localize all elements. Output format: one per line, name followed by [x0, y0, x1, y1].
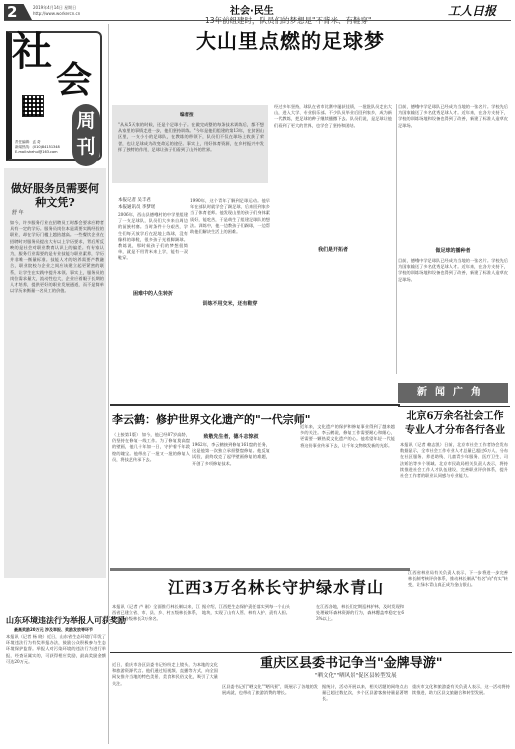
- main-story-col1: 2006年，西山县德峨村的中学里组建了一支足球队，队员们大多来自周边的苗族村寨。…: [118, 212, 188, 392]
- main-story-kicker: 13年前组建时，队员们的梦想是"不背米、有鞋穿": [205, 16, 371, 25]
- email: E-mail:shehui@163.com: [15, 150, 75, 155]
- page-number: 2: [4, 4, 32, 20]
- shandong-body: 本报讯（记者 杨 晓）近日，山东省生态环境厅印发了环境违法行为有奖举报办法，鼓励…: [6, 634, 106, 746]
- beijing-article-body: 本报讯（记者 赖志凯）日前，北京市社会工作者协会发布数据显示，全市社会工作专业人…: [400, 442, 508, 567]
- li-yunhe-dateline: （上接第1版）: [112, 432, 140, 437]
- byline-correspondent: 本报通讯员 李梦瑶: [118, 204, 155, 211]
- left-article-title: 做好服务员需要何种文凭?: [8, 182, 102, 210]
- byline-reporter: 本报记者 吴丰君: [118, 197, 155, 204]
- jiangxi-col3: 在江西各地，林长们定期巡林护林，及时发现和处理破坏森林资源的行为，森林覆盖率稳定…: [316, 604, 404, 652]
- main-story-col3: 经过多年坚持，球队在省市比赛中屡获佳绩，一批批队员走出大山，进入大学、专业俱乐部…: [274, 104, 392, 404]
- main-story-subhead-3: 我们是开拓者: [274, 246, 392, 254]
- news-corner-divider: [398, 406, 510, 407]
- li-yunhe-col3: 近年来，文化遗产的保护和修复事业得到了越来越多的关注。李云鹤说，修复工作需要耐心…: [300, 424, 395, 564]
- main-story-col4: 目前，德峨中学足球队已经成为当地的一张名片。学校先后为国家输送了多名优秀足球人才…: [398, 104, 508, 244]
- li-yunhe-title: 李云鹤：修护世界文化遗产的"一代宗师": [112, 413, 310, 427]
- jiangxi-col4: 江西省林业局有关负责人表示，下一步将进一步完善林长制考核评价体系，推动林长制从"…: [408, 570, 508, 652]
- section-divider: [110, 404, 400, 406]
- shandong-subtitle: 最高奖励20万元 涉及举报、奖励发放等环节: [14, 627, 93, 633]
- newspaper-logo: 工人日报: [448, 4, 496, 18]
- issue-date: 2019年4月14日 星期日: [33, 5, 76, 10]
- main-story-col4-continued: 目前，德峨中学足球队已经成为当地的一张名片。学校先后为国家输送了多名优秀足球人才…: [398, 258, 508, 378]
- main-story-byline: 本报记者 吴丰君 本报通讯员 李梦瑶: [118, 197, 155, 211]
- main-story-subhead-4: 做足球的播种者: [398, 247, 508, 255]
- qr-code-icon[interactable]: [22, 95, 44, 117]
- chongqing-title: 重庆区县委书记争当"金牌导游": [260, 655, 443, 672]
- jiangxi-col1: 本报讯（记者 卢 刚）全面推行林长制以来，江西省已建立省、市、县、乡、村五级林长…: [112, 604, 200, 652]
- column-divider: [108, 24, 109, 744]
- jiangxi-col2: 据介绍，江西把生态保护责任落实到每一个山头地块，实现了山有人管、林有人护、责有人…: [202, 604, 290, 652]
- left-article-author: 舒 年: [12, 210, 24, 216]
- chongqing-subtitle: "晒文化""晒风景"促区县转型发展: [315, 673, 397, 680]
- left-article-body: 如今，许多服务行业在招聘员工时都会要求应聘者具有一定的学历。服务员岗位本是需要实…: [10, 220, 104, 572]
- li-yunhe-subhead: 致敬先生者，德斗志惊叔: [192, 433, 270, 441]
- website-link[interactable]: http://www.workercn.cn: [33, 11, 80, 16]
- li-yunhe-col2: 1962年，李云鹤接到修复161窟的任务，这是他第一次独立承担整窟修复。他反复试…: [192, 442, 270, 560]
- masthead-credits: 责任编辑：孟 奇 新闻热线：(010)84151348 E-mail:shehu…: [15, 140, 75, 155]
- jiangxi-title: 江西3万名林长守护绿水青山: [168, 578, 384, 598]
- chongqing-divider: [110, 652, 512, 653]
- li-yunhe-col1: （上接第1版） 如今，他已经87岁高龄，仍坚持在修复一线工作。为了修复莫高窟的壁…: [112, 432, 190, 560]
- masthead-char-hui: 会: [56, 60, 92, 100]
- chongqing-col4: 重庆市文化和旅游委有关负责人表示，这一活动将持续推进，助力区县文旅融合和转型发展…: [412, 684, 510, 746]
- main-story-headline: 大山里点燃的足球梦: [196, 28, 385, 54]
- editor-note-body: "从从5天家的时候，还是个足球小子。在做完成整的每条技术训练后，都不想从家里的事…: [118, 122, 264, 180]
- beijing-article-title: 北京6万余名社会工作专业人才分布各行各业: [402, 410, 508, 438]
- chongqing-col3: 据统计，活动开展以来，相关话题的网络点击量已超过数亿次，多个区县游客接待量显著增…: [322, 684, 408, 746]
- main-story-subhead-2: 训练不用交米，还有鞋穿: [190, 300, 270, 308]
- chongqing-col1: 近日，重庆市各区县委书记纷纷走上镜头，为本地的文化和旅游资源代言。他们通过短视频…: [112, 662, 218, 746]
- editor-note-label: 编者按: [180, 113, 194, 119]
- chongqing-col2: 区县委书记们"晒文化""晒风景"，既展示了各地的发展成就，也带动了旅游消费的增长…: [222, 684, 318, 746]
- news-corner-label: 新闻广角: [398, 383, 508, 403]
- column-divider: [396, 104, 397, 374]
- masthead-char-she: 社: [12, 30, 52, 74]
- jiangxi-divider: [110, 568, 410, 571]
- weekly-badge: 周刊: [72, 104, 100, 166]
- main-story-subhead-1: 困难中的人生转折: [118, 290, 188, 298]
